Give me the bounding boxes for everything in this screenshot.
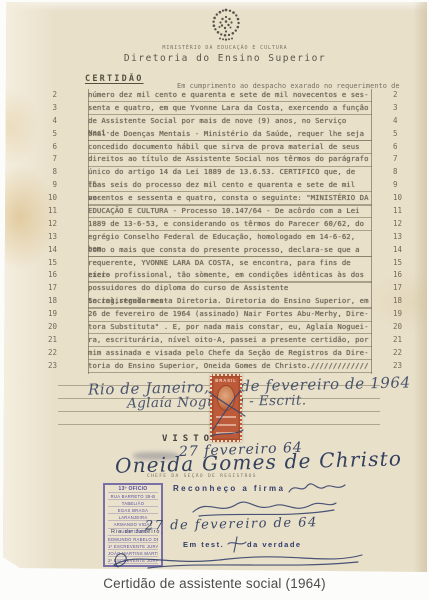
line-text: cício profissional, tão sòmente, em cond… (88, 269, 372, 282)
line-number-right: 11 (393, 205, 413, 218)
line-text: EDUCAÇÃO E CULTURA - Processo 10.147/64 … (88, 205, 372, 218)
certificate-line-row: 19 26 de fevereiro de 1964 (assinado) Na… (41, 308, 403, 321)
certificate-line-row: 4 de Assistente Social por mais de nove … (41, 115, 403, 128)
line-number-left: 2 (41, 89, 57, 102)
ministry-name: MINISTÉRIO DA EDUCAÇÃO E CULTURA (115, 45, 335, 51)
line-number-right: 3 (393, 102, 413, 115)
certificate-line-row: 8 único do artigo 14 da Lei 1889 de 13.6… (41, 166, 403, 179)
line-number-left: 12 (41, 218, 57, 231)
certificate-line-row: 12 1889 de 13-6-53, e considerando os tê… (41, 218, 403, 231)
line-text: como o mais que consta do presente proce… (88, 244, 372, 257)
certificate-line-row: 11 EDUCAÇÃO E CULTURA - Processo 10.147/… (41, 205, 403, 218)
line-number-right: 5 (393, 128, 413, 141)
certificate-line-row: 10 vecentos e sessenta e quatro, consta … (41, 192, 403, 205)
line-number-right: 20 (393, 321, 413, 334)
line-number-right: 22 (393, 347, 413, 360)
line-number-right: 12 (393, 218, 413, 231)
line-number-right: 23 (393, 360, 413, 373)
certificate-line-row: 21 ra, escriturária, nível oito-A, passe… (41, 334, 403, 347)
certificate-line-row: 20 tora Substituta" . E, por nada mais c… (41, 321, 403, 334)
line-number-left: 20 (41, 321, 57, 334)
line-text: tora Substituta" . E, por nada mais cons… (88, 321, 372, 334)
notary-stamp-line: TABELIÃO (108, 501, 158, 507)
brazil-coat-of-arms-icon (207, 6, 245, 44)
document-type-heading: CERTIDÃO (85, 74, 144, 84)
line-number-left: 7 (41, 153, 57, 166)
line-number-right: 21 (393, 334, 413, 347)
line-number-left: 9 (41, 179, 57, 192)
line-text: senta e quatro, em que Yvonne Lara da Co… (88, 102, 372, 115)
line-number-left: 15 (41, 257, 57, 270)
certificate-line-row: 16 cício profissional, tão sòmente, em c… (41, 269, 403, 282)
notary-flourish-signature (108, 547, 374, 573)
line-number-left: 14 (41, 244, 57, 257)
certificate-line-row: 22 mim assinada e visada pelo Chefe da S… (41, 347, 403, 360)
line-text: concedido documento hábil que sirva de p… (88, 141, 372, 154)
certificate-line-row: 17 possuidores do diploma do curso de As… (41, 282, 403, 295)
line-number-right: 8 (393, 166, 413, 179)
certificate-line-row: 6 concedido documento hábil que sirva de… (41, 141, 403, 154)
line-number-right: 15 (393, 257, 413, 270)
photo-caption: Certidão de assistente social (1964) (0, 576, 429, 591)
line-number-right: 14 (393, 244, 413, 257)
certificate-line-row: 7 direitos ao título de Assistente Socia… (41, 153, 403, 166)
certificate-line-row: 5 onal de Doenças Mentais - Ministério d… (41, 128, 403, 141)
line-number-left: 23 (41, 360, 57, 373)
line-number-right: 17 (393, 282, 413, 295)
line-text: mim assinada e visada pelo Chefe da Seçã… (88, 347, 372, 360)
line-number-left: 3 (41, 102, 57, 115)
line-text: 26 de fevereiro de 1964 (assinado) Nair … (88, 308, 372, 321)
line-number-right: 16 (393, 269, 413, 282)
line-text: ra, escriturária, nível oito-A, passei a… (88, 334, 372, 347)
notary-stamp-line: 13º OFÍCIO (108, 486, 158, 493)
line-number-left: 13 (41, 231, 57, 244)
certificate-line-row: 9 lhas seis do processo dez mil cento e … (41, 179, 403, 192)
certificate-line-row: 15 requerente, YVONNE LARA DA COSTA, se … (41, 257, 403, 270)
notary-stamp-line: EGAS BRAGA (108, 508, 158, 514)
visto-signer-title: CHEFE DA SEÇÃO DE REGISTROS (147, 474, 257, 479)
line-number-left: 17 (41, 282, 57, 295)
line-number-right: 7 (393, 153, 413, 166)
notary-stamp-line: RUA BARRETO 38-B (108, 494, 158, 500)
line-number-right: 2 (393, 89, 413, 102)
line-number-left: 19 (41, 308, 57, 321)
scanned-certificate-page: MINISTÉRIO DA EDUCAÇÃO E CULTURA Diretor… (3, 2, 427, 572)
line-number-left: 11 (41, 205, 57, 218)
line-text: número dez mil cento e quarenta e sete d… (88, 89, 372, 102)
line-number-left: 18 (41, 295, 57, 308)
line-text: onal de Doenças Mentais - Ministério da … (88, 128, 372, 141)
notary-stamp-line: EDMUNDO RABELO DE SOUSA (108, 537, 158, 543)
line-number-left: 16 (41, 269, 57, 282)
line-number-right: 9 (393, 179, 413, 192)
line-text: 1889 de 13-6-53, e considerando os têrmo… (88, 218, 372, 231)
line-number-right: 13 (393, 231, 413, 244)
line-text: direitos ao título de Assistente Social … (88, 153, 372, 166)
bottom-date-handwritten: 27 de fevereiro de 64 (145, 515, 318, 534)
line-number-right: 10 (393, 192, 413, 205)
line-number-left: 5 (41, 128, 57, 141)
certificate-line-row: 14 como o mais que consta do presente pr… (41, 244, 403, 257)
line-number-left: 21 (41, 334, 57, 347)
certificate-line-row: 2 número dez mil cento e quarenta e sete… (41, 89, 403, 102)
handwritten-word-scribble (287, 480, 349, 496)
line-number-right: 19 (393, 308, 413, 321)
line-number-left: 10 (41, 192, 57, 205)
line-text: vecentos e sessenta e quatro, consta o s… (88, 192, 372, 205)
certificate-line-row: 13 egrégio Conselho Federal de Educação,… (41, 231, 403, 244)
line-number-right: 18 (393, 295, 413, 308)
certificate-line-row: 3 senta e quatro, em que Yvonne Lara da … (41, 102, 403, 115)
line-number-left: 4 (41, 115, 57, 128)
line-text: te registrado nesta Diretoria. Diretoria… (88, 295, 372, 308)
line-number-right: 4 (393, 115, 413, 128)
department-name: Diretoria do Ensino Superior (115, 53, 335, 64)
recognition-stamp-text: Reconheço a firma (173, 484, 285, 493)
line-number-left: 6 (41, 141, 57, 154)
line-number-right: 6 (393, 141, 413, 154)
certificate-lines: 2 número dez mil cento e quarenta e sete… (41, 89, 403, 373)
line-number-left: 8 (41, 166, 57, 179)
certificate-line-row: 18 te registrado nesta Diretoria. Direto… (41, 295, 403, 308)
line-number-left: 22 (41, 347, 57, 360)
